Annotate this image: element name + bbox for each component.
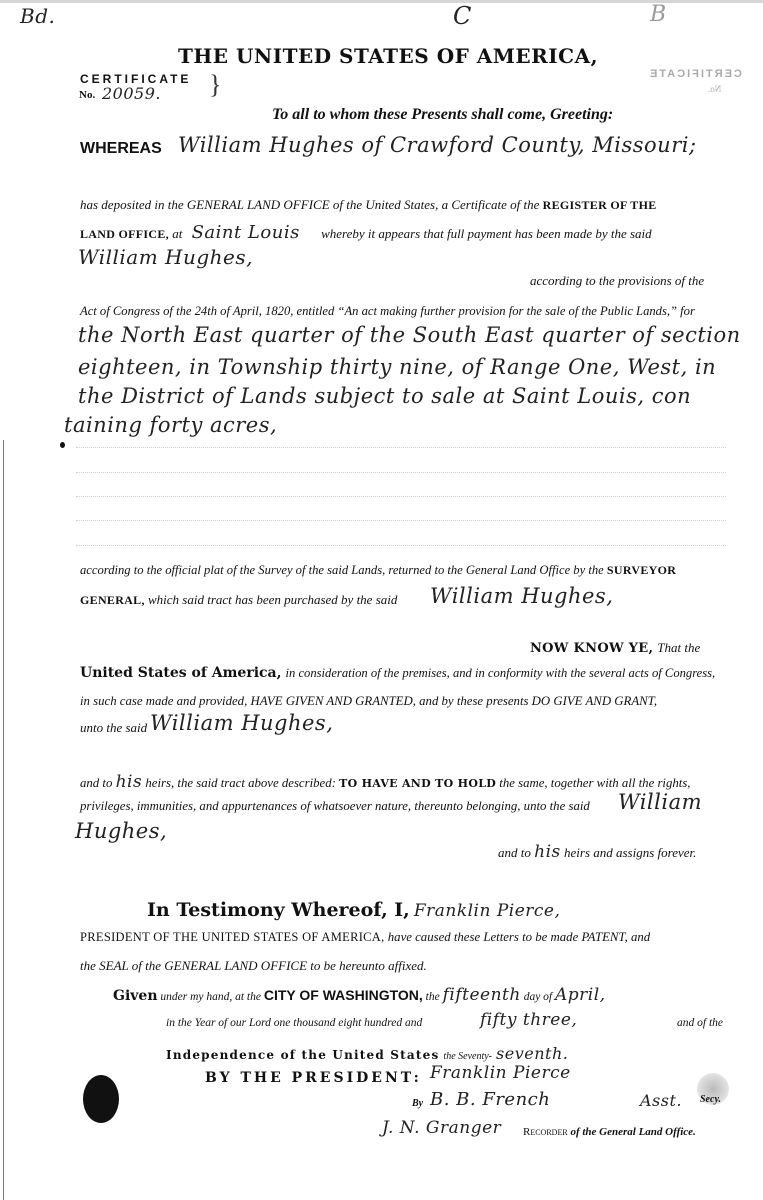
wax-seal <box>83 1075 119 1123</box>
general-caps: GENERAL, <box>80 593 145 607</box>
now-know-ye-caps: NOW KNOW YE, <box>530 641 653 656</box>
mirrored-certificate-label: CERTIFICATE <box>648 68 742 80</box>
grant-line-1: United States of America, in considerati… <box>80 664 715 682</box>
blank-line <box>76 496 726 497</box>
day-of-text: day of <box>524 991 552 1003</box>
president-name-handwritten: Franklin Pierce, <box>414 901 561 921</box>
now-know-ye: NOW KNOW YE, That the <box>530 639 700 657</box>
by-the-president: BY THE PRESIDENT: <box>205 1070 422 1086</box>
year-handwritten: fifty three, <box>480 1010 577 1030</box>
rights-text: the same, together with all the rights, <box>499 776 690 790</box>
whereas-label: WHEREAS <box>80 140 162 158</box>
given-line-3: Independence of the United States the Se… <box>166 1044 568 1064</box>
payment-text: whereby it appears that full payment has… <box>321 226 652 241</box>
habendum-grantee-last: Hughes, <box>75 819 167 843</box>
month-handwritten: April, <box>555 985 606 1005</box>
his-handwritten: his <box>534 842 561 862</box>
blank-line <box>76 520 726 521</box>
survey-grantee: William Hughes, <box>430 584 613 608</box>
habendum-line-1: and to his heirs, the said tract above d… <box>80 772 691 792</box>
recorder-title-rest: of the General Land Office. <box>570 1126 695 1138</box>
his-handwritten: his <box>116 772 143 792</box>
surveyor-caps: SURVEYOR <box>607 563 676 577</box>
secretary-title-handwritten: Asst. <box>640 1091 682 1110</box>
independence-gothic: Independence of the United States <box>166 1048 439 1062</box>
deposit-text: has deposited in the GENERAL LAND OFFICE… <box>80 197 539 212</box>
to-have-and-to-hold: TO HAVE AND TO HOLD <box>339 777 496 790</box>
deposit-grantee: William Hughes, <box>78 245 253 269</box>
habendum-line-2: privileges, immunities, and appurtenance… <box>80 799 590 814</box>
given-line-1: Given under my hand, at the CITY OF WASH… <box>113 985 606 1005</box>
purchased-text: which said tract has been purchased by t… <box>148 592 397 607</box>
land-description-line-3: the District of Lands subject to sale at… <box>78 384 691 408</box>
blank-line <box>76 447 726 448</box>
survey-text: according to the official plat of the Su… <box>80 563 604 577</box>
grant-line-3: unto the said <box>80 720 147 736</box>
page-left-border <box>3 440 4 1200</box>
grant-grantee: William Hughes, <box>150 711 333 735</box>
president-caps: PRESIDENT OF THE UNITED STATES OF AMERIC… <box>80 930 385 944</box>
president-signature: Franklin Pierce <box>430 1063 571 1083</box>
recorder-caps: Recorder <box>523 1126 568 1138</box>
secretary-signature: B. B. French <box>430 1089 550 1110</box>
testimony-line-1: PRESIDENT OF THE UNITED STATES OF AMERIC… <box>80 930 650 945</box>
scan-top-edge <box>0 0 763 3</box>
recorder-signature: J. N. Granger <box>382 1118 501 1138</box>
given-gothic: Given <box>113 988 158 1004</box>
ordinal-handwritten: seventh. <box>496 1044 568 1063</box>
certificate-brace: } <box>209 70 221 100</box>
land-office-caps: LAND OFFICE, <box>80 227 169 241</box>
habendum-grantee-first: William <box>618 790 702 814</box>
given-line-2: in the Year of our Lord one thousand eig… <box>166 1017 422 1029</box>
deposit-line-1: has deposited in the GENERAL LAND OFFICE… <box>80 197 657 213</box>
consideration-text: in consideration of the premises, and in… <box>286 666 716 680</box>
annotation-top-left: Bd. <box>20 4 55 28</box>
ink-dot <box>60 442 65 448</box>
at-text: at <box>172 226 182 241</box>
secretary-suffix: Secy. <box>700 1094 721 1105</box>
recorder-title: Recorder of the General Land Office. <box>523 1126 696 1138</box>
under-my-hand-text: under my hand, at the <box>160 991 261 1003</box>
and-to-text: and to <box>498 845 531 860</box>
land-description-line-2: eighteen, in Township thirty nine, of Ra… <box>78 355 716 379</box>
provisions-line-2: Act of Congress of the 24th of April, 18… <box>80 304 695 319</box>
heirs-assigns-text: heirs and assigns forever. <box>564 845 696 860</box>
testimony-line-2: the SEAL of the GENERAL LAND OFFICE to b… <box>80 958 427 974</box>
document-title: THE UNITED STATES OF AMERICA, <box>178 44 598 68</box>
habendum-line-4: and to his heirs and assigns forever. <box>498 842 696 862</box>
the-text: the <box>426 991 440 1003</box>
blank-line <box>76 545 726 546</box>
land-description-line-4: taining forty acres, <box>64 413 277 437</box>
day-handwritten: fifteenth <box>443 985 521 1005</box>
annotation-top-right: B <box>650 2 667 27</box>
mirrored-number-label: No. <box>708 84 721 94</box>
given-year-suffix: and of the <box>677 1017 723 1029</box>
land-description-line-1: the North East quarter of the South East… <box>78 323 741 347</box>
greeting: To all to whom these Presents shall come… <box>272 106 613 124</box>
provisions-line-1: according to the provisions of the <box>530 273 704 289</box>
that-the-text: That the <box>657 640 700 655</box>
land-office-location: Saint Louis <box>192 222 300 243</box>
in-testimony-whereof-gothic: In Testimony Whereof, I, <box>147 899 410 921</box>
grant-line-2: in such case made and provided, HAVE GIV… <box>80 694 657 709</box>
above-described-text: heirs, the said tract above described: <box>145 776 336 790</box>
united-states-gothic: United States of America, <box>80 665 282 681</box>
certificate-number: 20059. <box>102 84 161 103</box>
survey-line-2: GENERAL, which said tract has been purch… <box>80 592 397 608</box>
register-caps: REGISTER OF THE <box>543 198 657 212</box>
certificate-number-label: No. <box>79 89 95 101</box>
city-of-washington: CITY OF WASHINGTON, <box>264 987 423 1003</box>
annotation-top-center: C <box>453 2 472 30</box>
blank-line <box>76 472 726 473</box>
the-seventy-text: the Seventy- <box>443 1051 492 1062</box>
by-label: By <box>412 1098 423 1109</box>
grantee-residence: William Hughes of Crawford County, Misso… <box>178 133 697 157</box>
deposit-line-2: LAND OFFICE, at Saint Louis whereby it a… <box>80 222 652 243</box>
and-to-text: and to <box>80 776 112 790</box>
testimony-line: In Testimony Whereof, I, Franklin Pierce… <box>147 899 560 921</box>
letters-patent-text: have caused these Letters to be made PAT… <box>388 930 650 944</box>
survey-line-1: according to the official plat of the Su… <box>80 563 676 578</box>
